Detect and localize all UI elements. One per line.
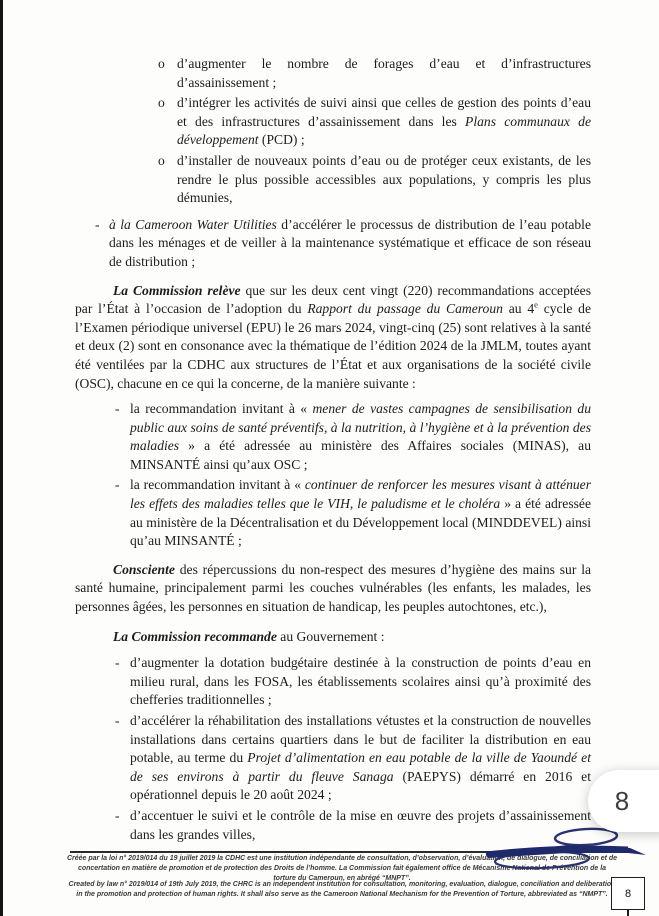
scan-edge-artifact (0, 0, 3, 916)
list-item-text: la recommandation invitant à « mener de … (130, 401, 591, 472)
circle-bullet-marker: o (158, 94, 165, 113)
o-bullet-list: o d’augmenter le nombre de forages d’eau… (75, 55, 591, 208)
printed-page-number-box: 8 (611, 877, 645, 910)
paragraph-consciente: Consciente des répercussions du non-resp… (75, 561, 591, 617)
paragraph-commission-recommande: La Commission recommande au Gouvernement… (75, 628, 591, 647)
list-item-text: d’installer de nouveaux points d’eau ou … (177, 153, 591, 205)
government-recommendations-list: - d’augmenter la dotation budgétaire des… (75, 654, 591, 844)
list-item-text: d’augmenter la dotation budgétaire desti… (130, 655, 591, 707)
list-item: o d’intégrer les activités de suivi ains… (75, 94, 591, 150)
list-item-text: d’accélérer la réhabilitation des instal… (130, 713, 591, 802)
list-item-text: à la Cameroon Water Utilities d’accélére… (109, 217, 591, 269)
dash-bullet-marker: - (95, 216, 100, 235)
list-item: - à la Cameroon Water Utilities d’accélé… (75, 216, 591, 272)
viewer-page-indicator: 8 (588, 770, 659, 832)
footer-separator-line (70, 851, 548, 853)
list-item: - la recommandation invitant à « mener d… (75, 400, 591, 474)
list-item-text: d’augmenter le nombre de forages d’eau e… (177, 56, 591, 90)
dash-bullet-marker: - (115, 476, 120, 495)
circle-bullet-marker: o (158, 55, 165, 74)
scanned-document-page: o d’augmenter le nombre de forages d’eau… (0, 0, 659, 916)
dash-bullet-marker: - (115, 807, 120, 826)
footnote-english: Created by law n° 2019/014 of 19th July … (66, 880, 618, 900)
recommendations-list: - la recommandation invitant à « mener d… (75, 400, 591, 551)
circle-bullet-marker: o (158, 152, 165, 171)
dash-bullet-list: - à la Cameroon Water Utilities d’accélé… (75, 216, 591, 272)
list-item: - d’augmenter la dotation budgétaire des… (75, 654, 591, 710)
printed-page-number: 8 (625, 888, 631, 900)
paragraph-commission-releve: La Commission relève que sur les deux ce… (75, 282, 591, 394)
list-item: o d’augmenter le nombre de forages d’eau… (75, 55, 591, 92)
viewer-page-number: 8 (615, 786, 629, 817)
list-item: - d’accélérer la réhabilitation des inst… (75, 712, 591, 805)
list-item-text: d’intégrer les activités de suivi ainsi … (177, 95, 591, 147)
list-item: o d’installer de nouveaux points d’eau o… (75, 152, 591, 208)
dash-bullet-marker: - (115, 654, 120, 673)
page-number-box-tail-line (627, 910, 629, 916)
list-item: - la recommandation invitant à « continu… (75, 476, 591, 550)
document-body: o d’augmenter le nombre de forages d’eau… (75, 55, 591, 844)
list-item-text: la recommandation invitant à « continuer… (130, 477, 591, 548)
dash-bullet-marker: - (115, 400, 120, 419)
dash-bullet-marker: - (115, 712, 120, 731)
